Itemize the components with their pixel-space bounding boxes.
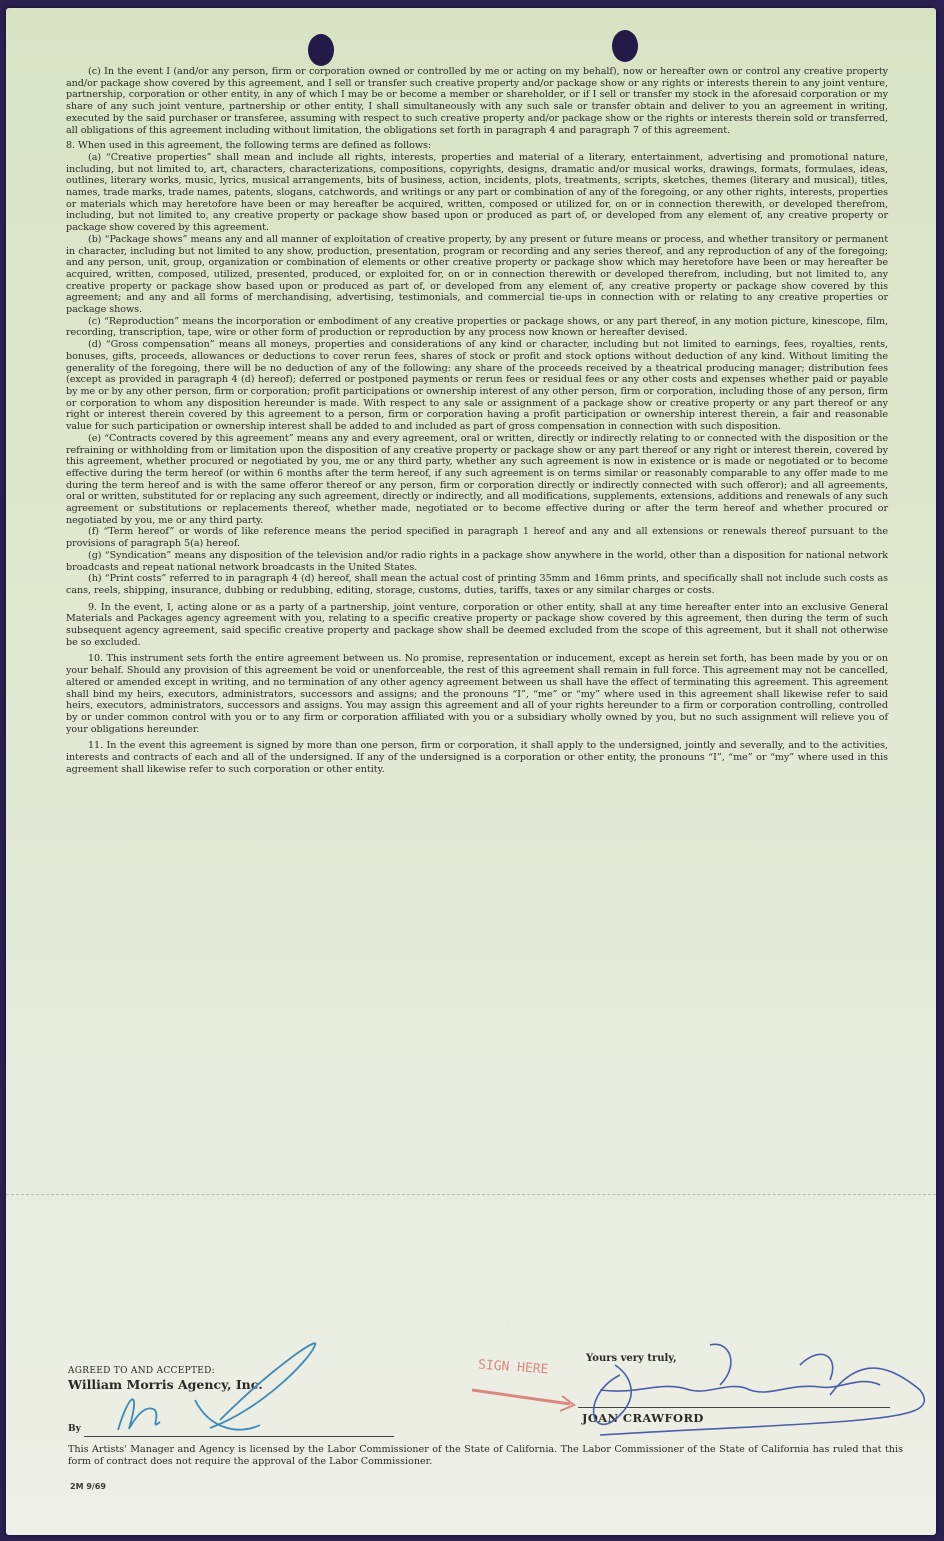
punch-hole-right (612, 30, 638, 62)
paragraph-8-intro: 8. When used in this agreement, the foll… (66, 140, 888, 152)
definition-e: (e) “Contracts covered by this agreement… (66, 433, 888, 527)
closing-text: Yours very truly, (586, 1353, 677, 1364)
agreed-label: AGREED TO AND ACCEPTED: (68, 1366, 263, 1376)
paragraph-11: 11. In the event this agreement is signe… (66, 740, 888, 775)
definition-c: (c) “Reproduction” means the incorporati… (66, 316, 888, 339)
definition-b: (b) “Package shows” means any and all ma… (66, 234, 888, 316)
paragraph-7c: (c) In the event I (and/or any person, f… (66, 66, 888, 136)
form-code: 2M 9/69 (70, 1482, 106, 1491)
definition-f: (f) “Term hereof” or words of like refer… (66, 526, 888, 549)
contract-body: (c) In the event I (and/or any person, f… (66, 66, 888, 775)
definition-g: (g) “Syndication” means any disposition … (66, 550, 888, 573)
definition-d: (d) “Gross compensation” means all money… (66, 339, 888, 433)
agency-signature-line (84, 1436, 394, 1437)
sign-here-arrow-icon (470, 1384, 580, 1414)
signatory-name: JOAN CRAWFORD (582, 1411, 704, 1425)
definition-a: (a) “Creative properties” shall mean and… (66, 152, 888, 234)
paragraph-10: 10. This instrument sets forth the entir… (66, 653, 888, 735)
artist-signature-line (578, 1407, 890, 1408)
punch-hole-left (308, 34, 334, 66)
by-label: By (68, 1424, 81, 1434)
license-notice: This Artists' Manager and Agency is lice… (68, 1444, 903, 1467)
definition-h: (h) “Print costs” referred to in paragra… (66, 573, 888, 596)
paragraph-9: 9. In the event, I, acting alone or as a… (66, 602, 888, 649)
agency-acceptance: AGREED TO AND ACCEPTED: William Morris A… (68, 1366, 263, 1392)
agency-name: William Morris Agency, Inc. (68, 1377, 263, 1392)
paper-fold-line (6, 1194, 936, 1196)
